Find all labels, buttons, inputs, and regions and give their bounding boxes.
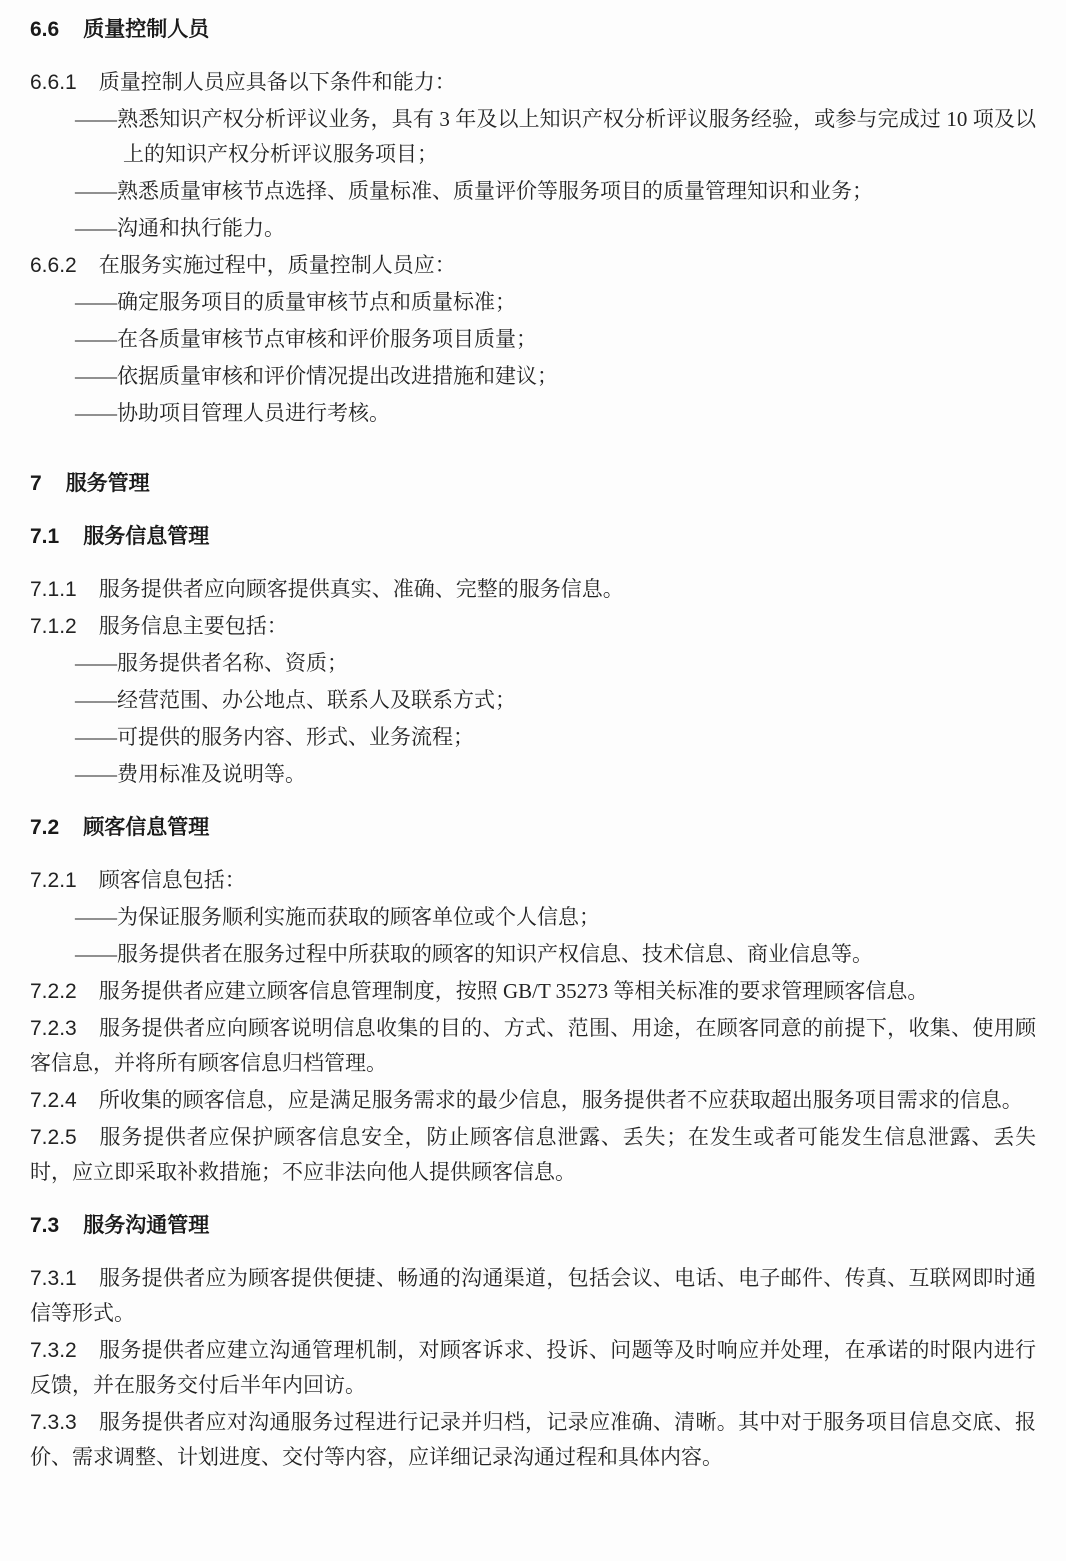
section-title: 服务信息管理 — [83, 525, 209, 548]
clause-number: 7.2.1 — [30, 869, 77, 892]
clause-paragraph: 7.3.1服务提供者应为顾客提供便捷、畅通的沟通渠道，包括会议、电话、电子邮件、… — [30, 1261, 1036, 1331]
clause-paragraph: 6.6.2在服务实施过程中，质量控制人员应： — [30, 248, 1036, 283]
clause-text: 服务提供者应为顾客提供便捷、畅通的沟通渠道，包括会议、电话、电子邮件、传真、互联… — [30, 1266, 1036, 1325]
dash-list-item: ——可提供的服务内容、形式、业务流程； — [30, 720, 1036, 755]
section-title: 服务沟通管理 — [83, 1214, 209, 1237]
section-number: 6.6 — [30, 18, 59, 41]
clause-paragraph: 7.1.2服务信息主要包括： — [30, 609, 1036, 644]
clause-text: 顾客信息包括： — [99, 868, 246, 892]
clause-number: 6.6.1 — [30, 71, 77, 94]
clause-paragraph: 7.2.4所收集的顾客信息，应是满足服务需求的最少信息，服务提供者不应获取超出服… — [30, 1083, 1036, 1118]
dash-list-item: ——沟通和执行能力。 — [30, 211, 1036, 246]
section-title: 顾客信息管理 — [83, 816, 209, 839]
clause-number: 7.1.2 — [30, 615, 77, 638]
clause-number: 7.3.1 — [30, 1267, 77, 1290]
dash-list-item: ——熟悉知识产权分析评议业务，具有 3 年及以上知识产权分析评议服务经验，或参与… — [30, 102, 1036, 172]
clause-number: 7.3.3 — [30, 1411, 77, 1434]
dash-list-item: ——在各质量审核节点审核和评价服务项目质量； — [30, 322, 1036, 357]
clause-number: 6.6.2 — [30, 254, 77, 277]
section-number: 7.1 — [30, 525, 59, 548]
section-heading: 6.6质量控制人员 — [30, 12, 1036, 47]
section-number: 7 — [30, 472, 42, 495]
clause-text: 服务提供者应向顾客说明信息收集的目的、方式、范围、用途，在顾客同意的前提下，收集… — [30, 1016, 1036, 1075]
section-heading: 7.3服务沟通管理 — [30, 1208, 1036, 1243]
section-heading: 7.1服务信息管理 — [30, 519, 1036, 554]
clause-number: 7.2.4 — [30, 1089, 77, 1112]
dash-list-item: ——为保证服务顺利实施而获取的顾客单位或个人信息； — [30, 900, 1036, 935]
clause-text: 所收集的顾客信息，应是满足服务需求的最少信息，服务提供者不应获取超出服务项目需求… — [99, 1088, 1023, 1112]
clause-paragraph: 7.3.2服务提供者应建立沟通管理机制，对顾客诉求、投诉、问题等及时响应并处理，… — [30, 1333, 1036, 1403]
clause-paragraph: 6.6.1质量控制人员应具备以下条件和能力： — [30, 65, 1036, 100]
section-heading: 7服务管理 — [30, 466, 1036, 501]
dash-list-item: ——服务提供者名称、资质； — [30, 646, 1036, 681]
dash-list-item: ——熟悉质量审核节点选择、质量标准、质量评价等服务项目的质量管理知识和业务； — [30, 174, 1036, 209]
section-heading: 7.2顾客信息管理 — [30, 810, 1036, 845]
clause-text: 服务提供者应建立沟通管理机制，对顾客诉求、投诉、问题等及时响应并处理，在承诺的时… — [30, 1338, 1036, 1397]
clause-paragraph: 7.2.1顾客信息包括： — [30, 863, 1036, 898]
clause-text: 服务提供者应对沟通服务过程进行记录并归档，记录应准确、清晰。其中对于服务项目信息… — [30, 1410, 1036, 1469]
dash-list-item: ——协助项目管理人员进行考核。 — [30, 396, 1036, 431]
clause-paragraph: 7.2.3服务提供者应向顾客说明信息收集的目的、方式、范围、用途，在顾客同意的前… — [30, 1011, 1036, 1081]
clause-text: 服务信息主要包括： — [99, 614, 288, 638]
clause-text: 服务提供者应保护顾客信息安全，防止顾客信息泄露、丢失；在发生或者可能发生信息泄露… — [30, 1125, 1036, 1184]
clause-paragraph: 7.3.3服务提供者应对沟通服务过程进行记录并归档，记录应准确、清晰。其中对于服… — [30, 1405, 1036, 1475]
dash-list-item: ——费用标准及说明等。 — [30, 757, 1036, 792]
clause-text: 在服务实施过程中，质量控制人员应： — [99, 253, 456, 277]
dash-list-item: ——经营范围、办公地点、联系人及联系方式； — [30, 683, 1036, 718]
dash-list-item: ——服务提供者在服务过程中所获取的顾客的知识产权信息、技术信息、商业信息等。 — [30, 937, 1036, 972]
section-title: 质量控制人员 — [83, 18, 209, 41]
clause-number: 7.2.3 — [30, 1017, 77, 1040]
dash-list-item: ——确定服务项目的质量审核节点和质量标准； — [30, 285, 1036, 320]
section-title: 服务管理 — [66, 472, 150, 495]
clause-number: 7.2.5 — [30, 1126, 77, 1149]
section-number: 7.3 — [30, 1214, 59, 1237]
clause-paragraph: 7.2.5服务提供者应保护顾客信息安全，防止顾客信息泄露、丢失；在发生或者可能发… — [30, 1120, 1036, 1190]
section-number: 7.2 — [30, 816, 59, 839]
clause-text: 服务提供者应建立顾客信息管理制度，按照 GB/T 35273 等相关标准的要求管… — [99, 979, 929, 1003]
clause-text: 质量控制人员应具备以下条件和能力： — [99, 70, 456, 94]
clause-paragraph: 7.1.1服务提供者应向顾客提供真实、准确、完整的服务信息。 — [30, 572, 1036, 607]
document-body: 6.6质量控制人员6.6.1质量控制人员应具备以下条件和能力：——熟悉知识产权分… — [0, 0, 1066, 1475]
clause-text: 服务提供者应向顾客提供真实、准确、完整的服务信息。 — [99, 577, 624, 601]
clause-paragraph: 7.2.2服务提供者应建立顾客信息管理制度，按照 GB/T 35273 等相关标… — [30, 974, 1036, 1009]
clause-number: 7.2.2 — [30, 980, 77, 1003]
page: 6.6质量控制人员6.6.1质量控制人员应具备以下条件和能力：——熟悉知识产权分… — [0, 0, 1066, 1561]
clause-number: 7.1.1 — [30, 578, 77, 601]
dash-list-item: ——依据质量审核和评价情况提出改进措施和建议； — [30, 359, 1036, 394]
clause-number: 7.3.2 — [30, 1339, 77, 1362]
